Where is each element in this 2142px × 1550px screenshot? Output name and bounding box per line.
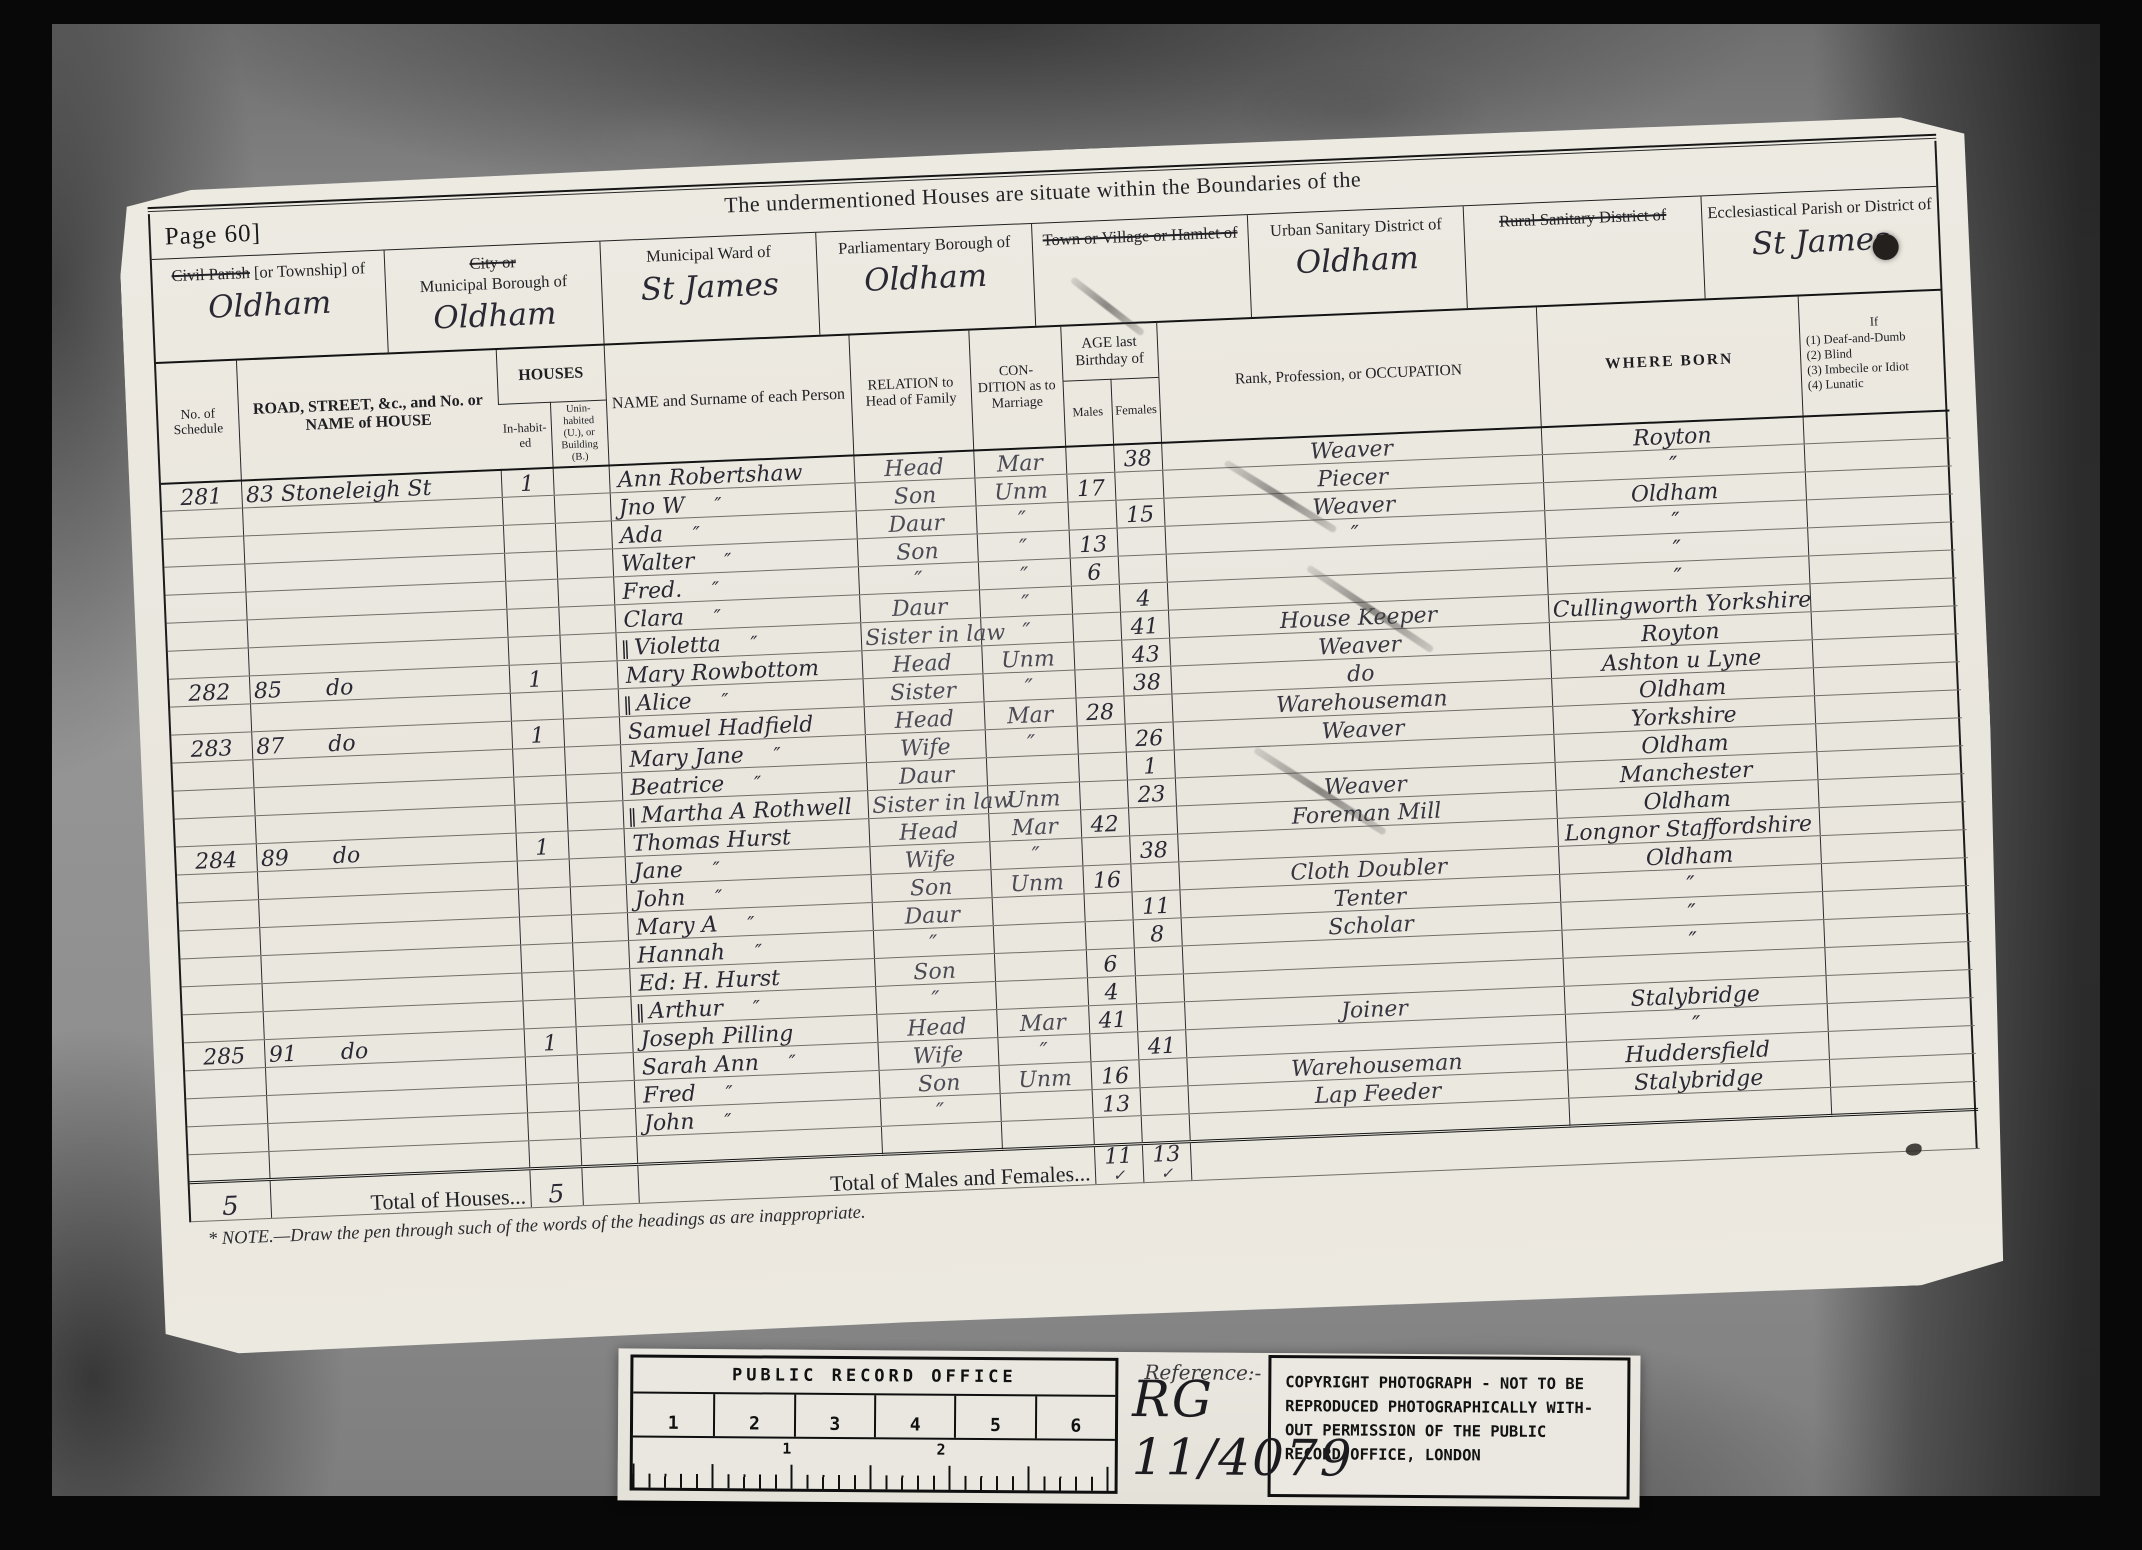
handwritten-value: St James bbox=[602, 264, 818, 309]
cell-inhabited bbox=[522, 999, 575, 1029]
total-females: 13 ✓ bbox=[1142, 1142, 1192, 1183]
form-box: Page 60] The undermentioned Houses are s… bbox=[148, 141, 1978, 1223]
cell-age-male: 6 bbox=[1086, 948, 1135, 978]
cell-age-female bbox=[1130, 862, 1179, 892]
cell-age-male: 41 bbox=[1088, 1004, 1137, 1034]
cell-age-female bbox=[1117, 527, 1166, 557]
cell-inhabited bbox=[512, 747, 565, 777]
header-condition: CON- DITION as to Marriage bbox=[968, 327, 1065, 450]
cell-schedule bbox=[178, 900, 259, 931]
cell-schedule bbox=[167, 620, 248, 651]
cell-schedule bbox=[182, 984, 263, 1015]
cell-age-female: 15 bbox=[1115, 499, 1164, 529]
cell-age-female bbox=[1138, 1058, 1187, 1088]
cell-inhabited bbox=[528, 1139, 581, 1169]
cell-age-male: 4 bbox=[1087, 976, 1136, 1006]
cell-inhabited bbox=[508, 635, 561, 665]
cell-schedule: 281 bbox=[161, 480, 242, 511]
cell-uninhabited bbox=[570, 885, 627, 915]
cell-inhabited bbox=[514, 803, 567, 833]
header-houses: HOUSES bbox=[496, 346, 606, 404]
cell-condition: Mar bbox=[973, 447, 1066, 479]
insertion-mark: ∥ bbox=[623, 695, 633, 716]
cell-age-female: 38 bbox=[1129, 834, 1178, 864]
cell-age-female bbox=[1141, 1114, 1190, 1144]
insertion-mark bbox=[637, 1059, 638, 1080]
insertion-mark bbox=[639, 1087, 640, 1108]
cell-schedule bbox=[186, 1096, 267, 1127]
cell-schedule bbox=[172, 760, 253, 791]
cell-uninhabited bbox=[572, 941, 629, 971]
cell-schedule bbox=[188, 1152, 269, 1183]
cell-schedule bbox=[179, 928, 260, 959]
struck-text: Civil Parish bbox=[171, 263, 250, 285]
cell-schedule: 284 bbox=[176, 844, 257, 875]
cell-inhabited bbox=[502, 496, 555, 526]
cell-condition: ″ bbox=[985, 726, 1078, 758]
cell-schedule: 283 bbox=[171, 732, 252, 763]
cell-schedule bbox=[183, 1012, 264, 1043]
ruler-number: 6 bbox=[1035, 1396, 1116, 1439]
district-civil-parish: Civil Parish [or Township] of Oldham bbox=[152, 251, 388, 362]
ruler-inches: 1 2 3 4 5 6 bbox=[633, 1392, 1115, 1441]
cell-inhabited bbox=[521, 971, 574, 1001]
cell-inhabited: 1 bbox=[524, 1027, 577, 1057]
insertion-mark bbox=[636, 1031, 637, 1052]
cell-age-female: 38 bbox=[1113, 443, 1162, 473]
cell-age-female bbox=[1134, 946, 1183, 976]
header-females: Females bbox=[1110, 377, 1161, 445]
cell-inhabited bbox=[525, 1055, 578, 1085]
cell-uninhabited bbox=[564, 745, 621, 775]
cell-inhabited bbox=[520, 943, 573, 973]
cell-inhabited: 1 bbox=[501, 468, 554, 498]
insertion-mark bbox=[614, 500, 615, 521]
cell-condition: Unm bbox=[974, 475, 1067, 507]
cell-schedule bbox=[175, 816, 256, 847]
cell-inhabited bbox=[504, 552, 557, 582]
cell-uninhabited bbox=[580, 1137, 637, 1167]
cell-age-male bbox=[1078, 752, 1127, 782]
district-urban-sanitary: Urban Sanitary District of Oldham bbox=[1247, 206, 1467, 317]
header-occupation: Rank, Profession, or OCCUPATION bbox=[1156, 307, 1541, 442]
cell-age-male bbox=[1072, 612, 1121, 642]
cell-age-female bbox=[1140, 1086, 1189, 1116]
insertion-mark bbox=[619, 611, 620, 632]
cell-age-male bbox=[1085, 920, 1134, 950]
cell-condition: Mar bbox=[984, 698, 1077, 730]
insertion-mark bbox=[634, 975, 635, 996]
insertion-mark bbox=[631, 891, 632, 912]
reference-number: RG 11/4079 bbox=[1132, 1370, 1355, 1488]
cell-age-female bbox=[1128, 806, 1177, 836]
cell-condition: ″ bbox=[982, 670, 1075, 702]
district-municipal-borough: City or Municipal Borough of Oldham bbox=[384, 242, 604, 353]
insertion-mark: ∥ bbox=[620, 639, 630, 660]
insertion-mark bbox=[629, 863, 630, 884]
cell-schedule bbox=[174, 788, 255, 819]
cell-age-male bbox=[1089, 1032, 1138, 1062]
insertion-mark bbox=[624, 723, 625, 744]
archive-stamps-strip: PUBLIC RECORD OFFICE 1 2 3 4 5 6 1 2 Ref… bbox=[617, 1348, 1640, 1507]
cell-age-male bbox=[1093, 1116, 1142, 1146]
cell-uninhabited bbox=[559, 633, 616, 663]
cell-inhabited bbox=[503, 524, 556, 554]
insertion-mark bbox=[617, 556, 618, 577]
insertion-mark bbox=[626, 779, 627, 800]
handwritten-value: St James bbox=[1703, 218, 1939, 264]
cell-uninhabited bbox=[574, 997, 631, 1027]
cell-uninhabited bbox=[562, 689, 619, 719]
cell-age-male: 6 bbox=[1070, 556, 1119, 586]
handwritten-value: Oldham bbox=[153, 282, 386, 327]
public-record-office-stamp: PUBLIC RECORD OFFICE 1 2 3 4 5 6 1 2 bbox=[630, 1355, 1119, 1494]
cell-inhabited bbox=[527, 1111, 580, 1141]
cell-uninhabited bbox=[554, 493, 611, 523]
cell-inhabited bbox=[517, 859, 570, 889]
cell-uninhabited bbox=[578, 1081, 635, 1111]
cell-age-female bbox=[1123, 694, 1172, 724]
cell-inhabited bbox=[506, 607, 559, 637]
cell-age-male bbox=[1081, 836, 1130, 866]
district-parliamentary-borough: Parliamentary Borough of Oldham bbox=[815, 224, 1035, 335]
handwritten-value: Oldham bbox=[1249, 238, 1465, 283]
cell-relation: Sister in law bbox=[867, 786, 988, 819]
ruler-number: 3 bbox=[794, 1395, 875, 1438]
cell-age-male bbox=[1084, 892, 1133, 922]
total-males: 11 ✓ bbox=[1094, 1144, 1144, 1185]
cell-inhabited bbox=[519, 915, 572, 945]
header-males: Males bbox=[1062, 379, 1113, 447]
cell-relation: Sister in law bbox=[860, 618, 981, 651]
cell-age-male: 17 bbox=[1066, 473, 1115, 503]
insertion-mark bbox=[618, 584, 619, 605]
district-town-village: Town or Village or Hamlet of bbox=[1031, 215, 1251, 326]
cell-age-male bbox=[1071, 584, 1120, 614]
cell-age-male: 16 bbox=[1082, 864, 1131, 894]
cell-schedule bbox=[170, 704, 251, 735]
cell-age-male: 13 bbox=[1069, 529, 1118, 559]
cell-inhabited bbox=[526, 1083, 579, 1113]
handwritten-value: Oldham bbox=[817, 256, 1033, 301]
insertion-mark: ∥ bbox=[627, 807, 637, 828]
cell-age-female bbox=[1136, 1002, 1185, 1032]
cell-condition bbox=[986, 754, 1079, 786]
header-name: NAME and Surname of each Person bbox=[604, 336, 854, 466]
cell-schedule bbox=[162, 508, 243, 539]
cell-condition: ″ bbox=[978, 558, 1071, 590]
district-rural-sanitary: Rural Sanitary District of bbox=[1463, 196, 1705, 308]
cell-uninhabited bbox=[555, 521, 612, 551]
district-municipal-ward: Municipal Ward of St James bbox=[599, 233, 819, 344]
cell-condition bbox=[992, 894, 1085, 926]
cell-age-female: 41 bbox=[1137, 1030, 1186, 1060]
cell-age-male bbox=[1074, 668, 1123, 698]
handwritten-value: Oldham bbox=[387, 294, 603, 339]
insertion-mark bbox=[633, 947, 634, 968]
header-relation: RELATION to Head of Family bbox=[848, 331, 973, 456]
census-page: Page 60] The undermentioned Houses are s… bbox=[117, 113, 2013, 1358]
cell-schedule bbox=[187, 1124, 268, 1155]
total-schedules: 5 bbox=[190, 1180, 272, 1222]
cell-age-female: 1 bbox=[1126, 750, 1175, 780]
header-uninhabited: Unin-habited (U.), or Building (B.) bbox=[550, 400, 609, 468]
cell-condition bbox=[1001, 1118, 1094, 1150]
cell-uninhabited bbox=[556, 549, 613, 579]
cell-age-female: 26 bbox=[1125, 722, 1174, 752]
cell-inhabited bbox=[505, 580, 558, 610]
cell-condition bbox=[995, 978, 1088, 1010]
insertion-mark bbox=[621, 667, 622, 688]
cell-schedule bbox=[166, 592, 247, 623]
cell-uninhabited bbox=[579, 1109, 636, 1139]
ruler-number: 5 bbox=[954, 1396, 1035, 1439]
cell-schedule bbox=[180, 956, 261, 987]
cell-condition: ″ bbox=[977, 530, 1070, 562]
cell-schedule bbox=[163, 536, 244, 567]
census-photograph: Page 60] The undermentioned Houses are s… bbox=[0, 0, 2142, 1550]
cell-schedule bbox=[177, 872, 258, 903]
insertion-mark bbox=[625, 751, 626, 772]
cell-condition: Unm bbox=[981, 642, 1074, 674]
insertion-mark: ∥ bbox=[635, 1003, 645, 1024]
ruler-number: 2 bbox=[713, 1394, 794, 1437]
header-inhabited: In-habit-ed bbox=[498, 402, 553, 470]
cell-schedule: 285 bbox=[184, 1040, 265, 1071]
cell-age-male bbox=[1067, 501, 1116, 531]
cell-age-female bbox=[1135, 974, 1184, 1004]
insertion-mark bbox=[613, 472, 614, 493]
pro-title: PUBLIC RECORD OFFICE bbox=[633, 1358, 1115, 1395]
cell-uninhabited bbox=[563, 717, 620, 747]
insertion-mark bbox=[632, 919, 633, 940]
cell-age-male bbox=[1065, 445, 1114, 475]
cell-inhabited bbox=[513, 775, 566, 805]
cell-condition: Unm bbox=[999, 1062, 1092, 1094]
cell-age-male bbox=[1077, 724, 1126, 754]
cell-uninhabited bbox=[577, 1053, 634, 1083]
check-mark: ✓ bbox=[1099, 1168, 1139, 1185]
header-infirmity: If (1) Deaf-and-Dumb (2) Blind (3) Imbec… bbox=[1798, 291, 1950, 417]
cell-uninhabited bbox=[568, 829, 625, 859]
header-schedule: No. of Schedule bbox=[156, 361, 241, 484]
cell-uninhabited bbox=[561, 661, 618, 691]
cell-condition: ″ bbox=[979, 586, 1072, 618]
reference-area: Reference:- RG 11/4079 bbox=[1117, 1352, 1268, 1505]
cell-uninhabited bbox=[573, 969, 630, 999]
cell-uninhabited bbox=[576, 1025, 633, 1055]
cell-uninhabited bbox=[565, 773, 622, 803]
ruler-number: 4 bbox=[874, 1395, 955, 1438]
cell-condition: Mar bbox=[988, 810, 1081, 842]
struck-text: Town or Village or Hamlet of bbox=[1042, 223, 1238, 250]
cell-age-male bbox=[1073, 640, 1122, 670]
insertion-mark bbox=[640, 1115, 641, 1136]
ink-blot bbox=[1905, 1143, 1921, 1156]
ruler-number: 1 bbox=[633, 1394, 714, 1437]
total-houses-value: 5 bbox=[529, 1167, 583, 1208]
header-where-born: WHERE BORN bbox=[1536, 297, 1803, 427]
rows-body: 281 83 Stoneleigh St 1 Ann Robertshaw He… bbox=[161, 410, 1978, 1183]
district-ecclesiastical-parish: Ecclesiastical Parish or District of St … bbox=[1700, 187, 1940, 299]
ruler-ticks: 1 2 bbox=[633, 1438, 1115, 1491]
cell-schedule bbox=[164, 564, 245, 595]
cell-uninhabited bbox=[571, 913, 628, 943]
cell-schedule bbox=[185, 1068, 266, 1099]
cell-age-male: 13 bbox=[1092, 1088, 1141, 1118]
cell-age-female: 11 bbox=[1132, 890, 1181, 920]
cell-condition: ″ bbox=[997, 1034, 1090, 1066]
cell-age-male: 16 bbox=[1090, 1060, 1139, 1090]
cell-schedule bbox=[168, 648, 249, 679]
cell-age-female: 43 bbox=[1121, 638, 1170, 668]
check-mark: ✓ bbox=[1147, 1166, 1187, 1183]
cell-uninhabited bbox=[553, 465, 610, 495]
cell-inhabited: 1 bbox=[509, 663, 562, 693]
cell-uninhabited bbox=[566, 801, 623, 831]
cell-age-female: 23 bbox=[1127, 778, 1176, 808]
cell-inhabited: 1 bbox=[511, 719, 564, 749]
cell-inhabited bbox=[518, 887, 571, 917]
census-table: No. of Schedule ROAD, STREET, &c., and N… bbox=[156, 291, 1980, 1223]
cell-condition bbox=[994, 950, 1087, 982]
insertion-mark bbox=[616, 528, 617, 549]
cell-age-female: 41 bbox=[1120, 610, 1169, 640]
cell-age-male: 42 bbox=[1080, 808, 1129, 838]
cell-condition: Unm bbox=[990, 866, 1083, 898]
cell-age-female: 38 bbox=[1122, 666, 1171, 696]
cell-age-female: 4 bbox=[1119, 583, 1168, 613]
cell-age-female bbox=[1118, 555, 1167, 585]
cell-uninhabited bbox=[569, 857, 626, 887]
cell-condition bbox=[1000, 1090, 1093, 1122]
cell-inhabited: 1 bbox=[516, 831, 569, 861]
cell-age-male bbox=[1079, 780, 1128, 810]
cell-condition: ″ bbox=[976, 503, 1069, 535]
insertion-mark bbox=[641, 1142, 642, 1163]
cell-age-female bbox=[1114, 471, 1163, 501]
cell-condition bbox=[993, 922, 1086, 954]
header-road: ROAD, STREET, &c., and No. or NAME of HO… bbox=[236, 350, 501, 480]
cell-uninhabited bbox=[558, 605, 615, 635]
struck-text: Rural Sanitary District of bbox=[1499, 205, 1667, 231]
cell-condition: Mar bbox=[996, 1006, 1089, 1038]
cell-age-female: 8 bbox=[1133, 918, 1182, 948]
cell-inhabited bbox=[510, 691, 563, 721]
insertion-mark bbox=[628, 835, 629, 856]
cell-condition: ″ bbox=[989, 838, 1082, 870]
cell-uninhabited bbox=[557, 577, 614, 607]
cell-schedule: 282 bbox=[169, 676, 250, 707]
cell-age-male: 28 bbox=[1076, 696, 1125, 726]
